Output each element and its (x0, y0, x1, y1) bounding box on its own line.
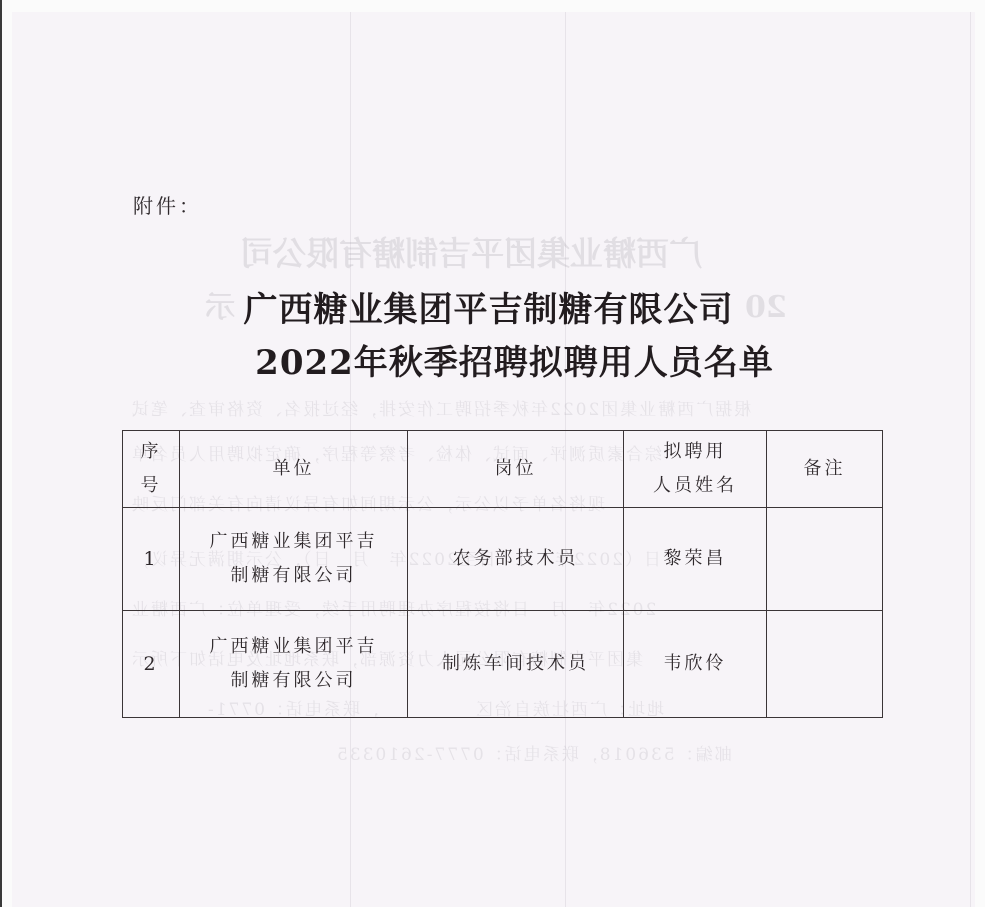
cell-post: 制炼车间技术员 (408, 611, 624, 718)
header-seq: 序 号 (123, 431, 180, 508)
document-title-line1: 广西糖业集团平吉制糖有限公司 (0, 282, 981, 331)
table-row: 2 广西糖业集团平吉 制糖有限公司 制炼车间技术员 韦欣伶 (123, 611, 883, 718)
header-seq-line1: 序 (123, 435, 179, 469)
cell-unit-line2: 制糖有限公司 (180, 664, 407, 698)
hiring-roster-table: 序 号 单位 岗位 拟聘用 人员姓名 备注 1 广西糖业集团平吉 制糖有限公司 … (122, 430, 883, 718)
attachment-label: 附件： (133, 190, 202, 219)
cell-post: 农务部技术员 (408, 508, 624, 611)
cell-unit-line1: 广西糖业集团平吉 (180, 525, 407, 559)
header-seq-line2: 号 (123, 469, 179, 503)
header-unit: 单位 (180, 431, 408, 508)
document-title-line2: 2022年秋季招聘拟聘用人员名单 (22, 335, 985, 384)
cell-seq: 1 (123, 508, 180, 611)
cell-unit: 广西糖业集团平吉 制糖有限公司 (180, 508, 408, 611)
header-name-line1: 拟聘用 (624, 435, 766, 469)
cell-name: 韦欣伶 (624, 611, 767, 718)
bleed-through-text: 邮编：536018，联系电话：0777-2610335 (335, 740, 732, 765)
cell-name: 黎荣昌 (624, 508, 767, 611)
cell-seq: 2 (123, 611, 180, 718)
cell-note (767, 611, 883, 718)
cell-unit-line2: 制糖有限公司 (180, 559, 407, 593)
cell-note (767, 508, 883, 611)
scan-left-edge (0, 0, 2, 907)
cell-unit: 广西糖业集团平吉 制糖有限公司 (180, 611, 408, 718)
header-name: 拟聘用 人员姓名 (624, 431, 767, 508)
bleed-through-text: 广西糖业集团平吉制糖有限公司 (240, 228, 702, 275)
scan-fold-line (970, 12, 971, 907)
table-row: 1 广西糖业集团平吉 制糖有限公司 农务部技术员 黎荣昌 (123, 508, 883, 611)
header-post: 岗位 (408, 431, 624, 508)
cell-unit-line1: 广西糖业集团平吉 (180, 630, 407, 664)
header-name-line2: 人员姓名 (624, 469, 766, 503)
table-header-row: 序 号 单位 岗位 拟聘用 人员姓名 备注 (123, 431, 883, 508)
bleed-through-text: 根据广西糖业集团2022年秋季招聘工作安排，经过报名、资格审查、笔试 (130, 395, 751, 420)
header-note: 备注 (767, 431, 883, 508)
